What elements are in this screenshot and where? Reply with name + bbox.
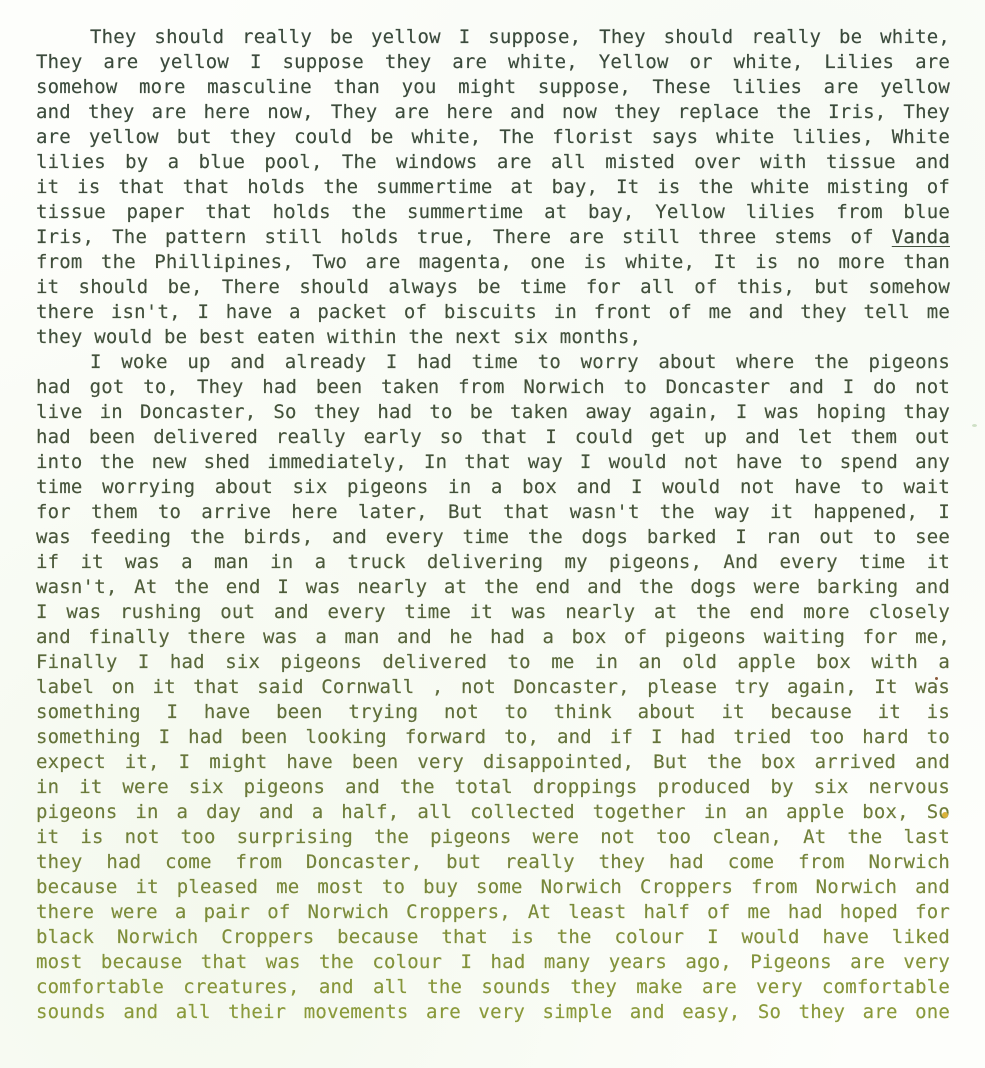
text-line: Finally I had six pigeons delivered to m… (36, 650, 950, 675)
ink-speck (972, 424, 977, 427)
text-line: and finally there was a man and he had a… (36, 625, 950, 650)
text-line: and they are here now, They are here and… (36, 100, 950, 125)
underlined-word: Vanda (892, 226, 950, 248)
text-line: are yellow but they could be white, The … (36, 125, 950, 150)
text-line: I woke up and already I had time to worr… (36, 350, 950, 375)
text-line: time worrying about six pigeons in a box… (36, 475, 950, 500)
text-line: had got to, They had been taken from Nor… (36, 375, 950, 400)
ink-speck (942, 812, 948, 818)
text-line: most because that was the colour I had m… (36, 950, 950, 975)
text-line: they would be best eaten within the next… (36, 325, 950, 350)
text-line: They are yellow I suppose they are white… (36, 50, 950, 75)
text-line: expect it, I might have been very disapp… (36, 750, 950, 775)
text-line: wasn't, At the end I was nearly at the e… (36, 575, 950, 600)
text-line: something I have been trying not to thin… (36, 700, 950, 725)
text-line: somehow more masculine than you might su… (36, 75, 950, 100)
text-line: in it were six pigeons and the total dro… (36, 775, 950, 800)
text-line: it is not too surprising the pigeons wer… (36, 825, 950, 850)
text-line: Iris, The pattern still holds true, Ther… (36, 225, 950, 250)
text-line: they had come from Doncaster, but really… (36, 850, 950, 875)
text-line: if it was a man in a truck delivering my… (36, 550, 950, 575)
text-line: for them to arrive here later, But that … (36, 500, 950, 525)
text-line: sounds and all their movements are very … (36, 1000, 950, 1025)
text-line: there were a pair of Norwich Croppers, A… (36, 900, 950, 925)
text-line: They should really be yellow I suppose, … (36, 25, 950, 50)
text-line: live in Doncaster, So they had to be tak… (36, 400, 950, 425)
text-line: it should be, There should always be tim… (36, 275, 950, 300)
text-line: tissue paper that holds the summertime a… (36, 200, 950, 225)
text-line: had been delivered really early so that … (36, 425, 950, 450)
text-line: something I had been looking forward to,… (36, 725, 950, 750)
typed-page: They should really be yellow I suppose, … (36, 25, 950, 1025)
text-line: was feeding the birds, and every time th… (36, 525, 950, 550)
text-line: because it pleased me most to buy some N… (36, 875, 950, 900)
text-line: comfortable creatures, and all the sound… (36, 975, 950, 1000)
text-line: from the Phillipines, Two are magenta, o… (36, 250, 950, 275)
text-line: pigeons in a day and a half, all collect… (36, 800, 950, 825)
text-line: I was rushing out and every time it was … (36, 600, 950, 625)
ink-speck (935, 677, 938, 680)
text-line: it is that that holds the summertime at … (36, 175, 950, 200)
text-line: into the new shed immediately, In that w… (36, 450, 950, 475)
text-line: there isn't, I have a packet of biscuits… (36, 300, 950, 325)
text-line: black Norwich Croppers because that is t… (36, 925, 950, 950)
text-line: label on it that said Cornwall , not Don… (36, 675, 950, 700)
text-line: lilies by a blue pool, The windows are a… (36, 150, 950, 175)
